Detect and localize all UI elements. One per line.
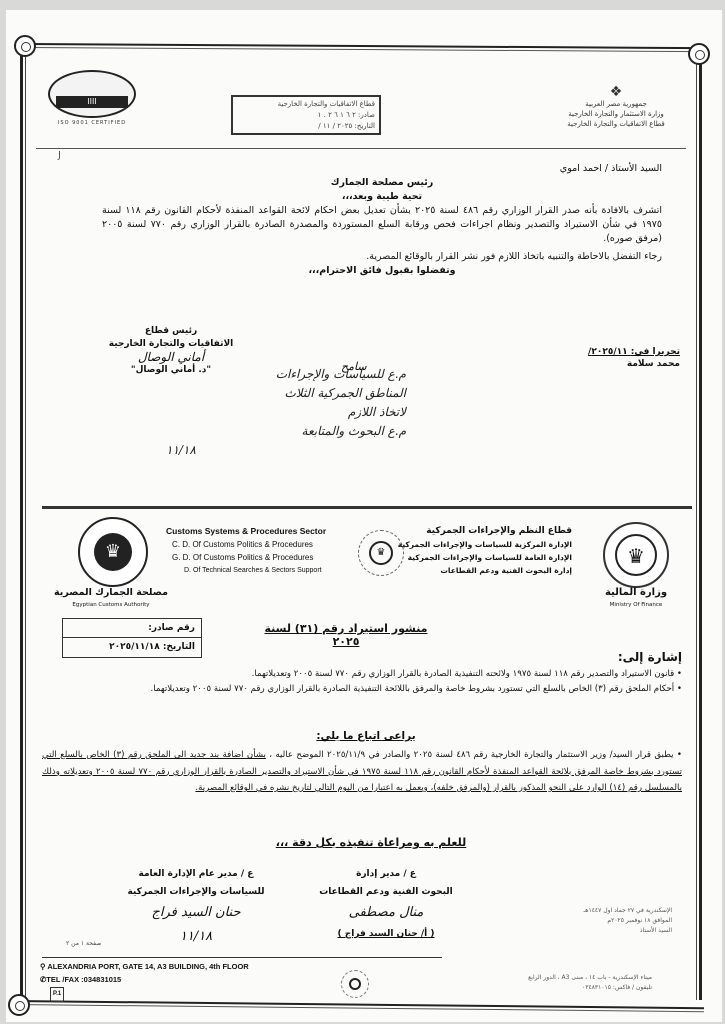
sector-line: الإدارة العامة للسياسات والإجراءات الجمر… [382, 551, 572, 564]
reference-item: • قانون الاستيراد والتصدير رقم ١١٨ لسنة … [42, 667, 682, 682]
handwritten-signature: منال مصطفى [311, 901, 461, 925]
letter-body: اتشرف بالافادة بأنه صدر القرار الوزاري ر… [102, 204, 662, 246]
handwritten-note: م.ع للسياسات والإجراءات [126, 365, 406, 384]
section-divider [42, 506, 692, 509]
reference-item: • أحكام الملحق رقم (٣) الخاص بالسلع التي… [42, 682, 682, 697]
circular-date: التاريخ: ٢٠٢٥/١١/١٨ [63, 638, 201, 657]
sector-line: D. Of Technical Searches & Sectors Suppo… [166, 564, 366, 577]
handwritten-note: م.ع البحوث والمتابعة [126, 422, 406, 441]
ministry-of-finance-seal: ♛ [603, 522, 669, 588]
footer-seal [341, 970, 369, 998]
customs-authority-name: مصلحة الجمارك المصرية Egyptian Customs A… [46, 587, 176, 611]
telephone: تليفون / فاكس: ٠٣٤٨٣١٠١٥ [452, 983, 652, 993]
frame-corner-icon [8, 994, 30, 1016]
date-label: تحريرا في: [631, 347, 680, 357]
addressee-title: رئيس مصلحة الجمارك [102, 176, 662, 190]
signatory-title: رئيس قطاع [76, 325, 266, 338]
handwritten-note: لاتخاذ اللازم [126, 403, 406, 422]
instructions-heading: يراعى اتباع ما يلي: [256, 730, 476, 742]
page-number: صفحة ١ من ٢ [66, 940, 101, 947]
ministry-line: قطاع الاتفاقيات والتجارة الخارجية [546, 119, 686, 129]
letter-closing: وتفضلوا بقبول فائق الاحترام،،، [102, 264, 662, 278]
address-line: ALEXANDRIA PORT, GATE 14, A3 BUILDING, 4… [47, 962, 248, 971]
prepared-by: محمد سلامة [480, 358, 680, 370]
signatory-title: للسياسات والإجراءات الجمركية [111, 883, 281, 901]
sector-name-en: Customs Systems & Procedures Sector C. D… [166, 525, 366, 577]
handwritten-routing-notes: م.ع للسياسات والإجراءات المناطق الجمركية… [126, 365, 406, 460]
sector-name-ar: قطاع النظم والإجراءات الجمركية الإدارة ا… [382, 525, 572, 577]
iso-caption: ISO 9001 CERTIFIED [38, 120, 146, 126]
footer-divider [42, 957, 442, 958]
globe-logo-icon: IIII [48, 70, 136, 118]
greeting: تحية طيبة وبعد،،، [102, 190, 662, 204]
frame-corner-icon [688, 43, 710, 65]
instructions-text: • يطبق قرار السيد/ وزير الاستثمار والتجا… [42, 747, 682, 797]
instruction-part: • يطبق قرار السيد/ وزير الاستثمار والتجا… [269, 750, 682, 760]
signoff: السيد الأستاذ [522, 926, 672, 936]
hijri-date-block: الإسكندرية في ٢٧ جماد اول ١٤٤٧هـ الموافق… [522, 906, 672, 936]
authority-name-ar: مصلحة الجمارك المصرية [46, 587, 176, 599]
letter-date: تحريرا في: ٢٠٢٥/١١/ محمد سلامة [480, 346, 680, 370]
logo-band: IIII [56, 96, 128, 108]
eagle-emblem-icon: ❖ [546, 85, 686, 99]
handwritten-note: ١١/١٨ [126, 441, 406, 460]
sector-line: C. D. Of Customs Politics & Procedures [166, 538, 366, 551]
addressee: السيد الأستاذ / احمد اموي [102, 162, 662, 176]
date-value: ٢٠٢٥/١١/ [588, 347, 628, 357]
eagle-emblem-icon: ♛ [615, 534, 657, 576]
ministry-header: ❖ جمهورية مصر العربية وزارة الاستثمار وا… [546, 85, 686, 129]
ministry-of-finance-name: وزارة المالية Ministry Of Finance [591, 587, 681, 611]
stamp-line: قطاع الاتفاقيات والتجارة الخارجية [237, 99, 375, 110]
handwritten-date: ١١/١٨ [111, 925, 281, 949]
gregorian-date: الموافق ١٨ نوفمبر ٢٠٢٥م [522, 916, 672, 926]
frame-border-top [28, 43, 700, 52]
location-pin-icon: ⚲ [40, 962, 46, 971]
ministry-line: جمهورية مصر العربية [546, 99, 686, 109]
hijri-date: الإسكندرية في ٢٧ جماد اول ١٤٤٧هـ [522, 906, 672, 916]
address-line: ميناء الإسكندرية - باب ١٤ ، مبنى A3 ، ال… [452, 973, 652, 983]
ministry-name-ar: وزارة المالية [591, 587, 681, 599]
address-ar: ميناء الإسكندرية - باب ١٤ ، مبنى A3 ، ال… [452, 973, 652, 993]
page-code: P.1 [50, 987, 64, 1002]
stamp-line: صادر: ٢ ٦ ١ ٦ ٢ . ١ [237, 110, 375, 121]
compliance-notice: للعلم به ومراعاة تنفيذه بكل دقة ،،، [226, 836, 516, 849]
reference-list: • قانون الاستيراد والتصدير رقم ١١٨ لسنة … [42, 667, 682, 697]
ministry-name-en: Ministry Of Finance [591, 599, 681, 611]
sector-line: G. D. Of Customs Politics & Procedures [166, 551, 366, 564]
general-manager-signature: ع / مدير عام الإدارة العامة للسياسات وال… [111, 865, 281, 949]
director-signature: ع / مدير إدارة البحوث الفنية ودعم القطاع… [311, 865, 461, 943]
handwritten-signature: حنان السيد فراج [111, 901, 281, 925]
header-divider [36, 148, 686, 149]
cover-letter: السيد الأستاذ / احمد اموي رئيس مصلحة الج… [102, 162, 662, 278]
sector-line: قطاع النظم والإجراءات الجمركية [382, 525, 572, 538]
address-en: ⚲ ALEXANDRIA PORT, GATE 14, A3 BUILDING,… [40, 960, 249, 1002]
reference-heading: إشارة إلى: [618, 650, 682, 664]
authority-name-en: Egyptian Customs Authority [46, 599, 176, 611]
outgoing-number: رقم صادر: [63, 619, 201, 638]
frame-border-right [696, 60, 702, 1000]
eagle-emblem-icon [349, 978, 361, 990]
telephone: TEL /FAX :034831015 [46, 975, 121, 984]
signatory-title: البحوث الفنية ودعم القطاعات [311, 883, 461, 901]
ministry-line: وزارة الاستثمار والتجارة الخارجية [546, 109, 686, 119]
handwritten-note: المناطق الجمركية الثلاث [126, 384, 406, 403]
stamp-line: التاريخ: ٢٠٢٥ / ١١ / [237, 121, 375, 132]
sector-line: إدارة البحوث الفنية ودعم القطاعات [382, 564, 572, 577]
signatory-title: ع / مدير إدارة [311, 865, 461, 883]
eagle-emblem-icon: ♛ [94, 533, 132, 571]
signatory-name: ( أ/ حنان السيد فراج ) [311, 925, 461, 943]
sector-line: Customs Systems & Procedures Sector [166, 525, 366, 538]
reference-box: رقم صادر: التاريخ: ٢٠٢٥/١١/١٨ [62, 618, 202, 658]
letter-request: رجاء التفضل بالاحاطة والتنبيه باتخاذ الل… [102, 250, 662, 264]
frame-corner-icon [14, 35, 36, 57]
trade-sector-logo: IIII ISO 9001 CERTIFIED [38, 70, 146, 130]
handwritten-signature: أماني الوصال [76, 351, 266, 364]
outgoing-stamp: قطاع الاتفاقيات والتجارة الخارجية صادر: … [231, 95, 381, 135]
customs-authority-seal: ♛ [78, 517, 148, 587]
circular-title: منشور استيراد رقم (٣١) لسنة ٢٠٢٥ [256, 622, 436, 648]
document-page: IIII ISO 9001 CERTIFIED قطاع الاتفاقيات … [6, 10, 722, 1022]
sector-line: الإدارة المركزية للسياسات والإجراءات الج… [382, 538, 572, 551]
margin-mark: J [58, 150, 61, 161]
frame-border-left [20, 54, 26, 1004]
signatory-title: ع / مدير عام الإدارة العامة [111, 865, 281, 883]
